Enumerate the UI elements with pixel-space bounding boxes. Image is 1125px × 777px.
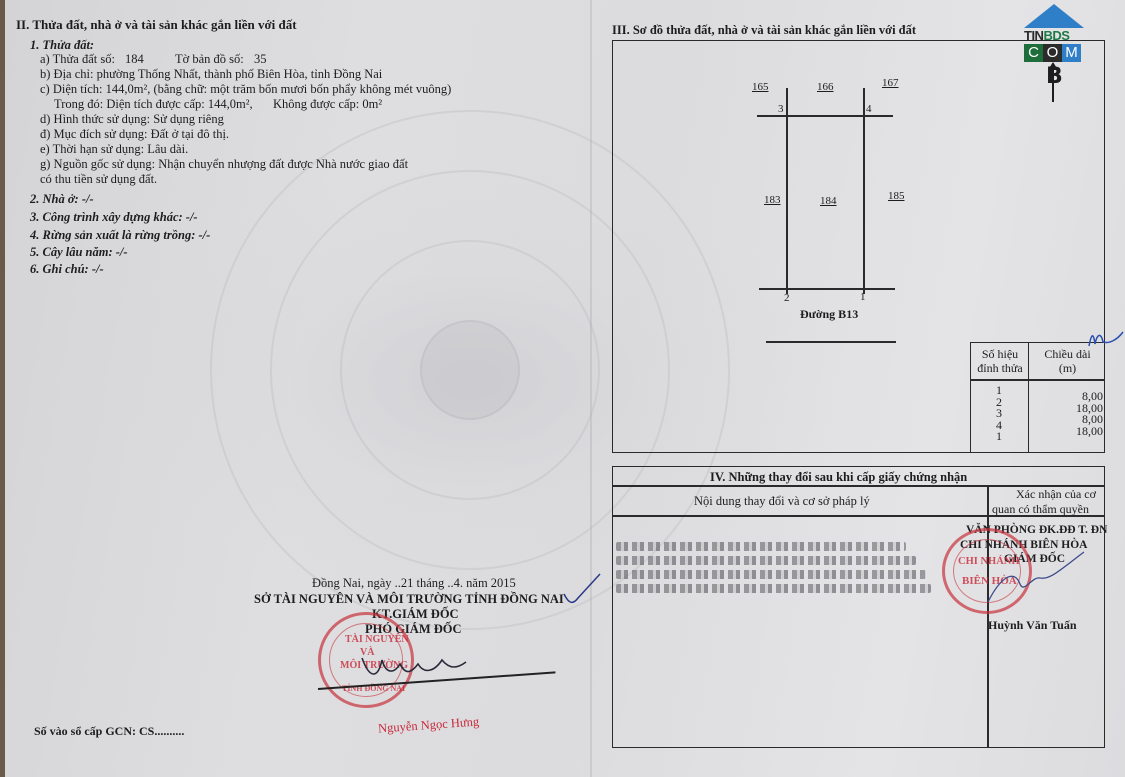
item-house: 2. Nhà ở: -/- [30, 192, 94, 206]
parcel-boundary-west [786, 88, 788, 294]
signature-right [980, 548, 1090, 608]
header-vertex-id: Số hiệu đỉnh thửa [971, 347, 1029, 375]
logo-text-top: TINBDS [1024, 28, 1069, 43]
address: b) Địa chỉ: phường Thống Nhất, thành phố… [40, 67, 382, 81]
area-granted: Trong đó: Diện tích được cấp: 144,0m², [54, 97, 253, 111]
item-notes: 6. Ghi chú: -/- [30, 262, 104, 276]
signer-name-right: Huỳnh Văn Tuấn [988, 618, 1077, 632]
neighbor-parcel-183: 183 [764, 193, 781, 207]
table-length: 18,00 [1076, 426, 1103, 438]
origin-line1: g) Nguồn gốc sử dụng: Nhận chuyển nhượng… [40, 157, 408, 171]
map-sheet: 35 [254, 52, 267, 66]
signature-left [360, 650, 470, 680]
vertex-1: 1 [860, 290, 866, 304]
signer-name-left: Nguyễn Ngọc Hưng [378, 714, 480, 735]
change-entry-redacted [616, 542, 906, 551]
logo-letter: O [1043, 44, 1062, 62]
parcel-heading: 1. Thửa đất: [30, 38, 94, 52]
tinbds-logo: TINBDS C O M [1020, 4, 1084, 62]
header-length: Chiều dài (m) [1029, 347, 1106, 375]
page-edge [0, 0, 5, 777]
area: c) Diện tích: 144,0m², (bằng chữ: một tr… [40, 82, 451, 96]
initial-mark [1085, 326, 1125, 348]
vertex-length-table: Số hiệu đỉnh thửa Chiều dài (m) 1 2 3 4 … [970, 342, 1105, 453]
parcel-boundary-east [863, 88, 865, 294]
stamp-text: TÀI NGUYÊN [345, 634, 409, 645]
neighbor-parcel-185: 185 [888, 189, 905, 203]
map-sheet-label: Tờ bản đồ số: [175, 52, 244, 66]
use-purpose: đ) Mục đích sử dụng: Đất ở tại đô thị. [40, 127, 229, 141]
header-line: (m) [1029, 361, 1106, 375]
vertex-4: 4 [866, 102, 872, 116]
parcel-no-label: a) Thửa đất số: [40, 52, 115, 66]
parcel-boundary-south [759, 288, 895, 290]
use-term: e) Thời hạn sử dụng: Lâu dài. [40, 142, 188, 156]
road-line [766, 341, 896, 343]
change-entry-redacted [616, 570, 926, 579]
section2-title: II. Thửa đất, nhà ở và tài sản khác gắn … [16, 18, 297, 32]
section3-title: III. Sơ đồ thửa đất, nhà ở và tài sản kh… [612, 23, 916, 37]
changes-col2-header-line2: quan có thẩm quyền [992, 502, 1089, 516]
area-not-granted: Không được cấp: 0m² [273, 97, 382, 111]
table-header-divider [971, 379, 1105, 381]
vertex-3: 3 [778, 102, 784, 116]
neighbor-parcel-165: 165 [752, 80, 769, 94]
place-date: Đồng Nai, ngày ..21 tháng ..4. năm 2015 [312, 576, 516, 590]
changes-col1-header: Nội dung thay đổi và cơ sở pháp lý [694, 494, 870, 508]
section4-title: IV. Những thay đổi sau khi cấp giấy chứn… [710, 470, 967, 484]
road-name: Đường B13 [800, 307, 858, 321]
logo-text-bottom: C O M [1024, 44, 1081, 62]
logo-roof-icon [1024, 4, 1084, 28]
issuing-agency: SỞ TÀI NGUYÊN VÀ MÔI TRƯỜNG TỈNH ĐỒNG NA… [254, 592, 564, 606]
parcel-184: 184 [820, 194, 837, 208]
change-entry-redacted [616, 584, 931, 593]
item-perennial-trees: 5. Cây lâu năm: -/- [30, 245, 128, 259]
use-form: d) Hình thức sử dụng: Sử dụng riêng [40, 112, 224, 126]
header-line: đỉnh thửa [971, 361, 1029, 375]
neighbor-parcel-166: 166 [817, 80, 834, 94]
header-line: Chiều dài [1029, 347, 1106, 361]
header-line: Số hiệu [971, 347, 1029, 361]
register-number: Số vào sổ cấp GCN: CS.......... [34, 724, 184, 738]
logo-letter: M [1062, 44, 1081, 62]
changes-col2-header-line1: Xác nhận của cơ [1016, 487, 1096, 501]
change-entry-redacted [616, 556, 916, 565]
origin-line2: có thu tiền sử dụng đất. [40, 172, 157, 186]
vertex-2: 2 [784, 291, 790, 305]
watermark-drum-center [420, 320, 520, 420]
logo-letter: C [1024, 44, 1043, 62]
item-other-construction: 3. Công trình xây dựng khác: -/- [30, 210, 198, 224]
item-forest: 4. Rừng sản xuất là rừng trồng: -/- [30, 228, 210, 242]
check-mark [560, 572, 605, 608]
parcel-no: 184 [125, 52, 144, 66]
north-symbol: B [1046, 64, 1063, 90]
neighbor-parcel-167: 167 [882, 76, 899, 90]
table-vertex: 1 [996, 431, 1002, 443]
